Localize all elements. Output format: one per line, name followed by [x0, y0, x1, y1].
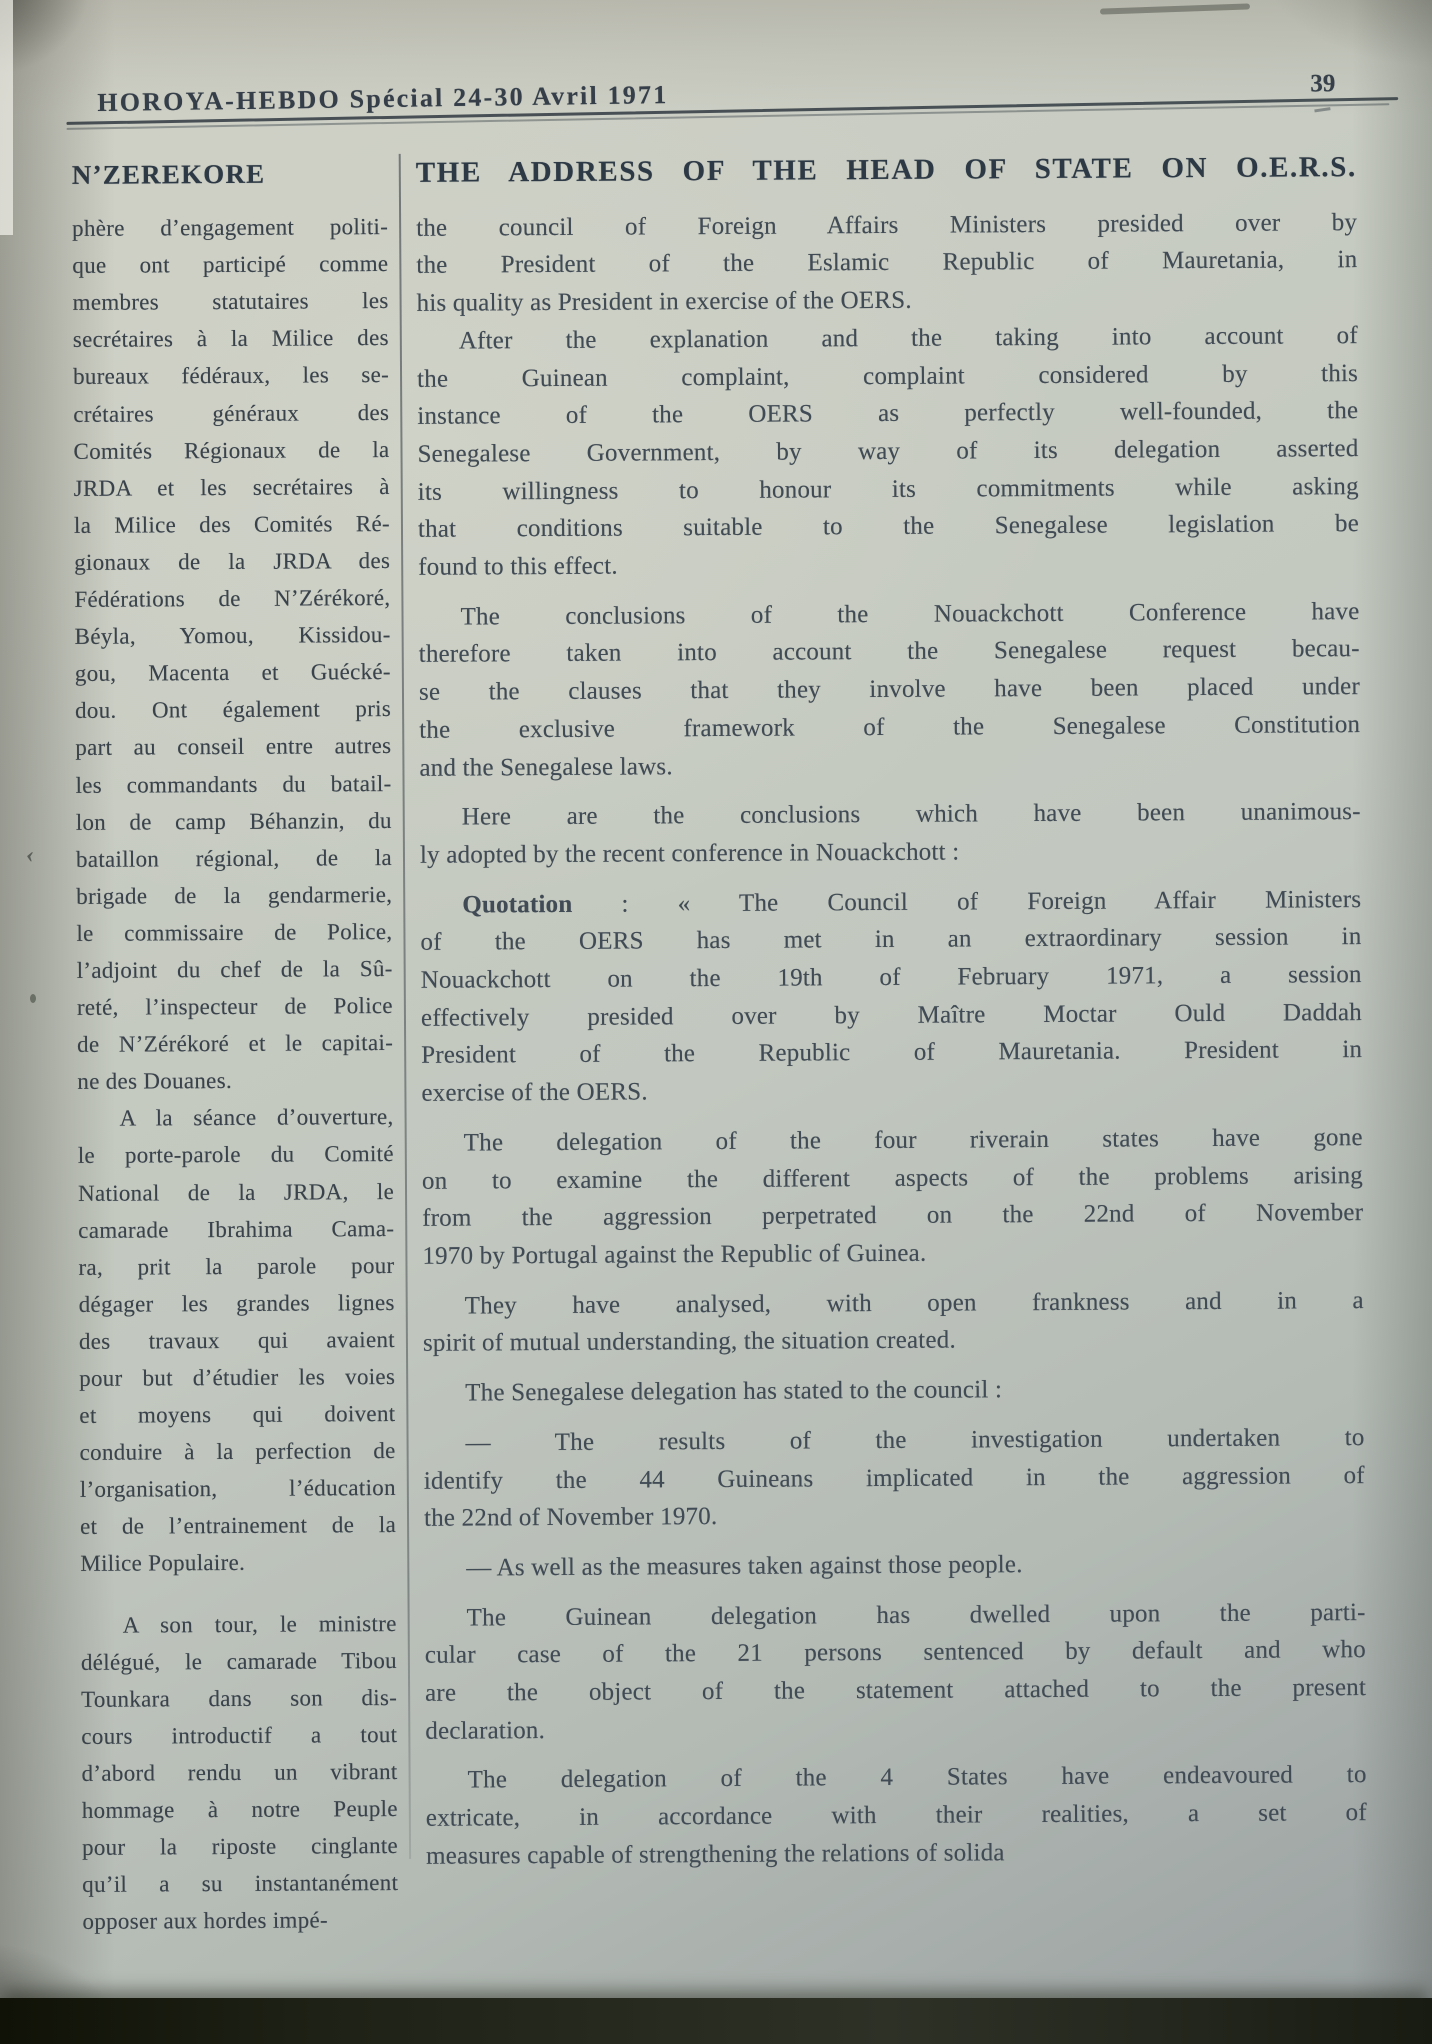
paragraph: — As well as the measures taken against … [424, 1544, 1365, 1587]
text-line: Here are the conclusions which have been… [420, 793, 1361, 836]
text-line: The delegation of the four riverain stat… [422, 1119, 1363, 1162]
text-line: les commandants du batail- [75, 764, 391, 803]
paragraph: They have analysed, with open frankness … [423, 1282, 1364, 1363]
text-line: JRDA et les secrétaires à [74, 468, 390, 507]
text-line: The delegation of the 4 States have ende… [426, 1756, 1367, 1799]
text-line: cours introductif a tout [81, 1716, 397, 1755]
text-line: dou. Ont également pris [75, 690, 391, 729]
text-line: A son tour, le ministre [81, 1605, 397, 1644]
text-line: Fédérations de N’Zérékoré, [74, 579, 390, 618]
text-line: The Guinean delegation has dwelled upon … [425, 1594, 1366, 1637]
text-line: from the aggression perpetrated on the 2… [422, 1194, 1363, 1237]
text-line: qu’il a su instantanément [82, 1864, 398, 1903]
text-line: cular case of the 21 persons sentenced b… [425, 1631, 1366, 1674]
text-line: brigade de la gendarmerie, [76, 876, 392, 915]
text-line: its willingness to honour its commitment… [418, 468, 1359, 511]
right-column-body: the council of Foreign Affairs Ministers… [416, 204, 1367, 1876]
right-column-heading: THE ADDRESS OF THE HEAD OF STATE ON O.E.… [416, 149, 1357, 192]
text-line: President of the Republic of Mauretania.… [421, 1032, 1362, 1075]
text-line: Tounkara dans son dis- [81, 1679, 397, 1718]
paragraph: The delegation of the four riverain stat… [422, 1119, 1364, 1276]
text-line: Quotation : « The Council of Foreign Aff… [420, 881, 1361, 924]
text-line: The conclusions of the Nouackchott Confe… [418, 593, 1359, 636]
left-column: N’ZEREKORE phère d’engagement politi-que… [72, 155, 399, 1940]
text-line: membres statutaires les [72, 282, 388, 321]
paragraph: the council of Foreign Affairs Ministers… [416, 204, 1358, 323]
text-line: measures capable of strengthening the re… [426, 1832, 1367, 1875]
paragraph: A la séance d’ouverture,le porte-parole … [77, 1098, 396, 1582]
text-line: part au conseil entre autres [75, 727, 391, 766]
text-line: the council of Foreign Affairs Ministers… [416, 204, 1357, 247]
text-line: secrétaires à la Milice des [73, 319, 389, 358]
text-line: opposer aux hordes impé- [82, 1901, 398, 1940]
text-line: A la séance d’ouverture, [77, 1098, 393, 1137]
text-line: identify the 44 Guineans implicated in t… [424, 1457, 1365, 1500]
text-line: dégager les grandes lignes [79, 1284, 395, 1323]
newspaper-page: HOROYA-HEBDO Spécial 24-30 Avril 1971 39… [0, 0, 1432, 2044]
text-line: Comités Régionaux de la [73, 431, 389, 470]
page-content: HOROYA-HEBDO Spécial 24-30 Avril 1971 39… [0, 0, 1432, 2044]
text-line: de N’Zérékoré et le capitai- [77, 1024, 393, 1063]
paragraph: After the explanation and the taking int… [417, 317, 1360, 587]
text-line: camarade Ibrahima Cama- [78, 1210, 394, 1249]
text-line: exercise of the OERS. [421, 1069, 1362, 1112]
ink-speck [30, 994, 36, 1003]
left-column-heading: N’ZEREKORE [72, 155, 388, 194]
text-line: hommage à notre Peuple [82, 1790, 398, 1829]
text-line: instance of the OERS as perfectly well-f… [417, 392, 1358, 435]
text-line: — The results of the investigation under… [423, 1419, 1364, 1462]
text-line: délégué, le camarade Tibou [81, 1642, 397, 1681]
text-line: the Guinean complaint, complaint conside… [417, 355, 1358, 398]
left-column-body: phère d’engagement politi-que ont partic… [72, 208, 399, 1940]
text-line: la Milice des Comités Ré- [74, 505, 390, 544]
text-line: l’organisation, l’éducation [80, 1469, 396, 1508]
text-line: declaration. [425, 1707, 1366, 1750]
paragraph: The Guinean delegation has dwelled upon … [425, 1594, 1367, 1751]
text-line: bureaux fédéraux, les se- [73, 356, 389, 395]
paragraph: The conclusions of the Nouackchott Confe… [418, 593, 1360, 787]
paragraph: The delegation of the 4 States have ende… [426, 1756, 1368, 1875]
text-line: pour la riposte cinglante [82, 1827, 398, 1866]
paragraph: A son tour, le ministredélégué, le camar… [81, 1605, 399, 1941]
text-line: lon de camp Béhanzin, du [76, 802, 392, 841]
text-line: his quality as President in exercise of … [416, 279, 1357, 322]
text-line: After the explanation and the taking int… [417, 317, 1358, 360]
text-line: the exclusive framework of the Senegales… [419, 706, 1360, 749]
paragraph: The Senegalese delegation has stated to … [423, 1369, 1364, 1412]
text-line: l’adjoint du chef de la Sû- [77, 950, 393, 989]
text-line: Nouackchott on the 19th of February 1971… [421, 956, 1362, 999]
text-line: and the Senegalese laws. [419, 744, 1360, 787]
text-line: le porte-parole du Comité [78, 1135, 394, 1174]
text-line: conduire à la perfection de [80, 1432, 396, 1471]
text-line: se the clauses that they involve have be… [419, 668, 1360, 711]
text-line: of the OERS has met in an extraordinary … [420, 918, 1361, 961]
text-line: ra, prit la parole pour [78, 1247, 394, 1286]
text-line: extricate, in accordance with their real… [426, 1794, 1367, 1837]
text-line: — As well as the measures taken against … [424, 1544, 1365, 1587]
text-line: 1970 by Portugal against the Republic of… [422, 1232, 1363, 1275]
text-line: the President of the Eslamic Republic of… [416, 241, 1357, 284]
text-line: d’abord rendu un vibrant [81, 1753, 397, 1792]
scan-edge-highlight [0, 0, 13, 235]
text-line: le commissaire de Police, [76, 913, 392, 952]
text-line: Béyla, Yomou, Kissidou- [75, 616, 391, 655]
text-line: are the object of the statement attached… [425, 1669, 1366, 1712]
text-line: ne des Douanes. [77, 1061, 393, 1100]
text-line: effectively presided over by Maître Moct… [421, 994, 1362, 1037]
paragraph: phère d’engagement politi-que ont partic… [72, 208, 393, 1100]
text-line: Senegalese Government, by way of its del… [417, 430, 1358, 473]
text-line: on to examine the different aspects of t… [422, 1157, 1363, 1200]
paragraph: — The results of the investigation under… [423, 1419, 1365, 1538]
text-line: que ont participé comme [72, 245, 388, 284]
text-line: et moyens qui doivent [79, 1395, 395, 1434]
paragraph: Here are the conclusions which have been… [420, 793, 1361, 874]
text-line: therefore taken into account the Senegal… [419, 630, 1360, 673]
text-line: gou, Macenta et Guécké- [75, 653, 391, 692]
text-line: ly adopted by the recent conference in N… [420, 831, 1361, 874]
text-line: pour but d’étudier les voies [79, 1358, 395, 1397]
text-line: gionaux de la JRDA des [74, 542, 390, 581]
text-line: reté, l’inspecteur de Police [77, 987, 393, 1026]
text-line: Milice Populaire. [80, 1543, 396, 1582]
text-line: crétaires généraux des [73, 394, 389, 433]
text-line: phère d’engagement politi- [72, 208, 388, 247]
column-divider [399, 154, 411, 1859]
page-number-underline [1314, 107, 1330, 112]
page-number: 39 [1310, 70, 1335, 98]
text-line: the 22nd of November 1970. [424, 1494, 1365, 1537]
text-line: They have analysed, with open frankness … [423, 1282, 1364, 1325]
text-line: et de l’entrainement de la [80, 1506, 396, 1545]
text-line: des travaux qui avaient [79, 1321, 395, 1360]
text-line: The Senegalese delegation has stated to … [423, 1369, 1364, 1412]
text-line: spirit of mutual understanding, the situ… [423, 1319, 1364, 1362]
text-line: bataillon régional, de la [76, 839, 392, 878]
paragraph: Quotation : « The Council of Foreign Aff… [420, 881, 1362, 1113]
text-line: that conditions suitable to the Senegale… [418, 505, 1359, 548]
right-column: THE ADDRESS OF THE HEAD OF STATE ON O.E.… [416, 149, 1367, 1875]
text-line: found to this effect. [418, 543, 1359, 586]
bottom-scan-band [0, 1998, 1432, 2044]
text-line: National de la JRDA, le [78, 1173, 394, 1212]
